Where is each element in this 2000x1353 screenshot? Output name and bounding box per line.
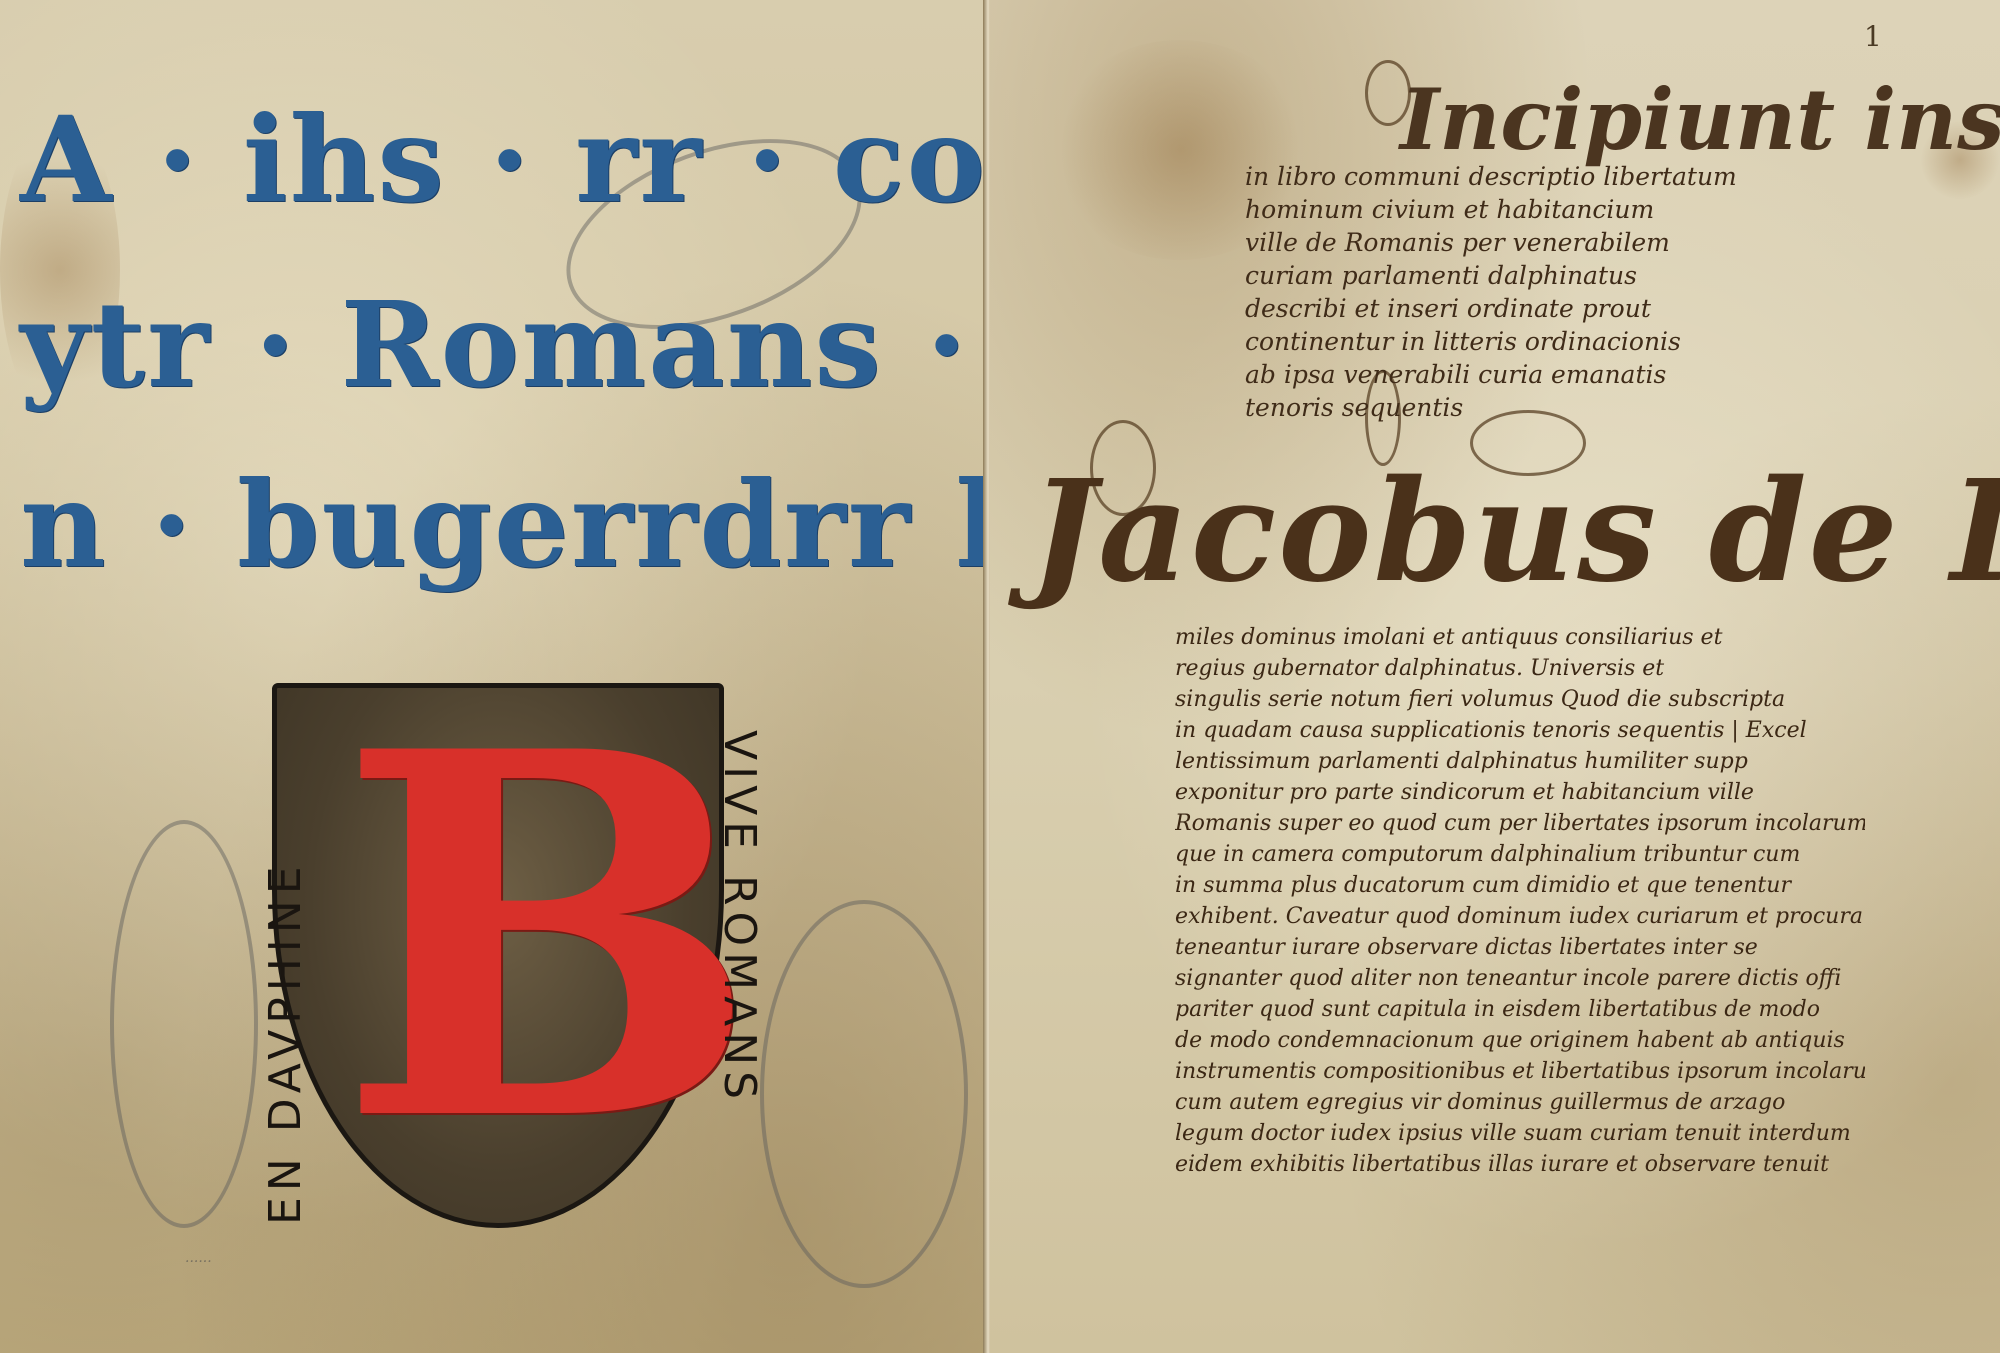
text-line: instrumentis compositionibus et libertat… bbox=[1175, 1056, 1865, 1087]
text-line: in summa plus ducatorum cum dimidio et q… bbox=[1175, 870, 1865, 901]
folio-number: 1 bbox=[1864, 20, 1882, 53]
text-line: describi et inseri ordinate prout bbox=[1245, 292, 1865, 325]
text-line: lentissimum parlamenti dalphinatus humil… bbox=[1175, 746, 1865, 777]
text-line: in libro communi descriptio libertatum bbox=[1245, 160, 1865, 193]
text-line: continentur in litteris ordinacionis bbox=[1245, 325, 1865, 358]
text-line: pariter quod sunt capitula in eisdem lib… bbox=[1175, 994, 1865, 1025]
text-line: exponitur pro parte sindicorum et habita… bbox=[1175, 777, 1865, 808]
text-line: tenoris sequentis bbox=[1245, 391, 1865, 424]
text-line: que in camera computorum dalphinalium tr… bbox=[1175, 839, 1865, 870]
text-line: Romanis super eo quod cum per libertates… bbox=[1175, 808, 1865, 839]
intro-text-block: in libro communi descriptio libertatum h… bbox=[1245, 160, 1865, 424]
text-line: singulis serie notum fieri volumus Quod … bbox=[1175, 684, 1865, 715]
text-line: ville de Romanis per venerabilem bbox=[1245, 226, 1865, 259]
text-line: ab ipsa venerabili curia emanatis bbox=[1245, 358, 1865, 391]
text-line: legum doctor iudex ipsius ville suam cur… bbox=[1175, 1118, 1865, 1149]
text-line: teneantur iurare observare dictas libert… bbox=[1175, 932, 1865, 963]
incipit-title: Incipiunt inserta bbox=[1400, 70, 2000, 169]
text-line: in quadam causa supplicationis tenoris s… bbox=[1175, 715, 1865, 746]
text-line: eidem exhibitis libertatibus illas iurar… bbox=[1175, 1149, 1865, 1180]
name-title: Jacobus de Imolanis bbox=[1030, 450, 2000, 614]
text-line: hominum civium et habitancium bbox=[1245, 193, 1865, 226]
text-line: miles dominus imolani et antiquus consil… bbox=[1175, 622, 1865, 653]
text-line: curiam parlamenti dalphinatus bbox=[1245, 259, 1865, 292]
text-line: cum autem egregius vir dominus guillermu… bbox=[1175, 1087, 1865, 1118]
text-line: exhibent. Caveatur quod dominum iudex cu… bbox=[1175, 901, 1865, 932]
text-line: signanter quod aliter non teneantur inco… bbox=[1175, 963, 1865, 994]
manuscript-spread: A · ihs · rr · coutrdr · ytr · Romans · … bbox=[0, 0, 2000, 1353]
text-line: de modo condemnacionum que originem habe… bbox=[1175, 1025, 1865, 1056]
body-text-block: miles dominus imolani et antiquus consil… bbox=[1175, 622, 1865, 1180]
text-line: regius gubernator dalphinatus. Universis… bbox=[1175, 653, 1865, 684]
